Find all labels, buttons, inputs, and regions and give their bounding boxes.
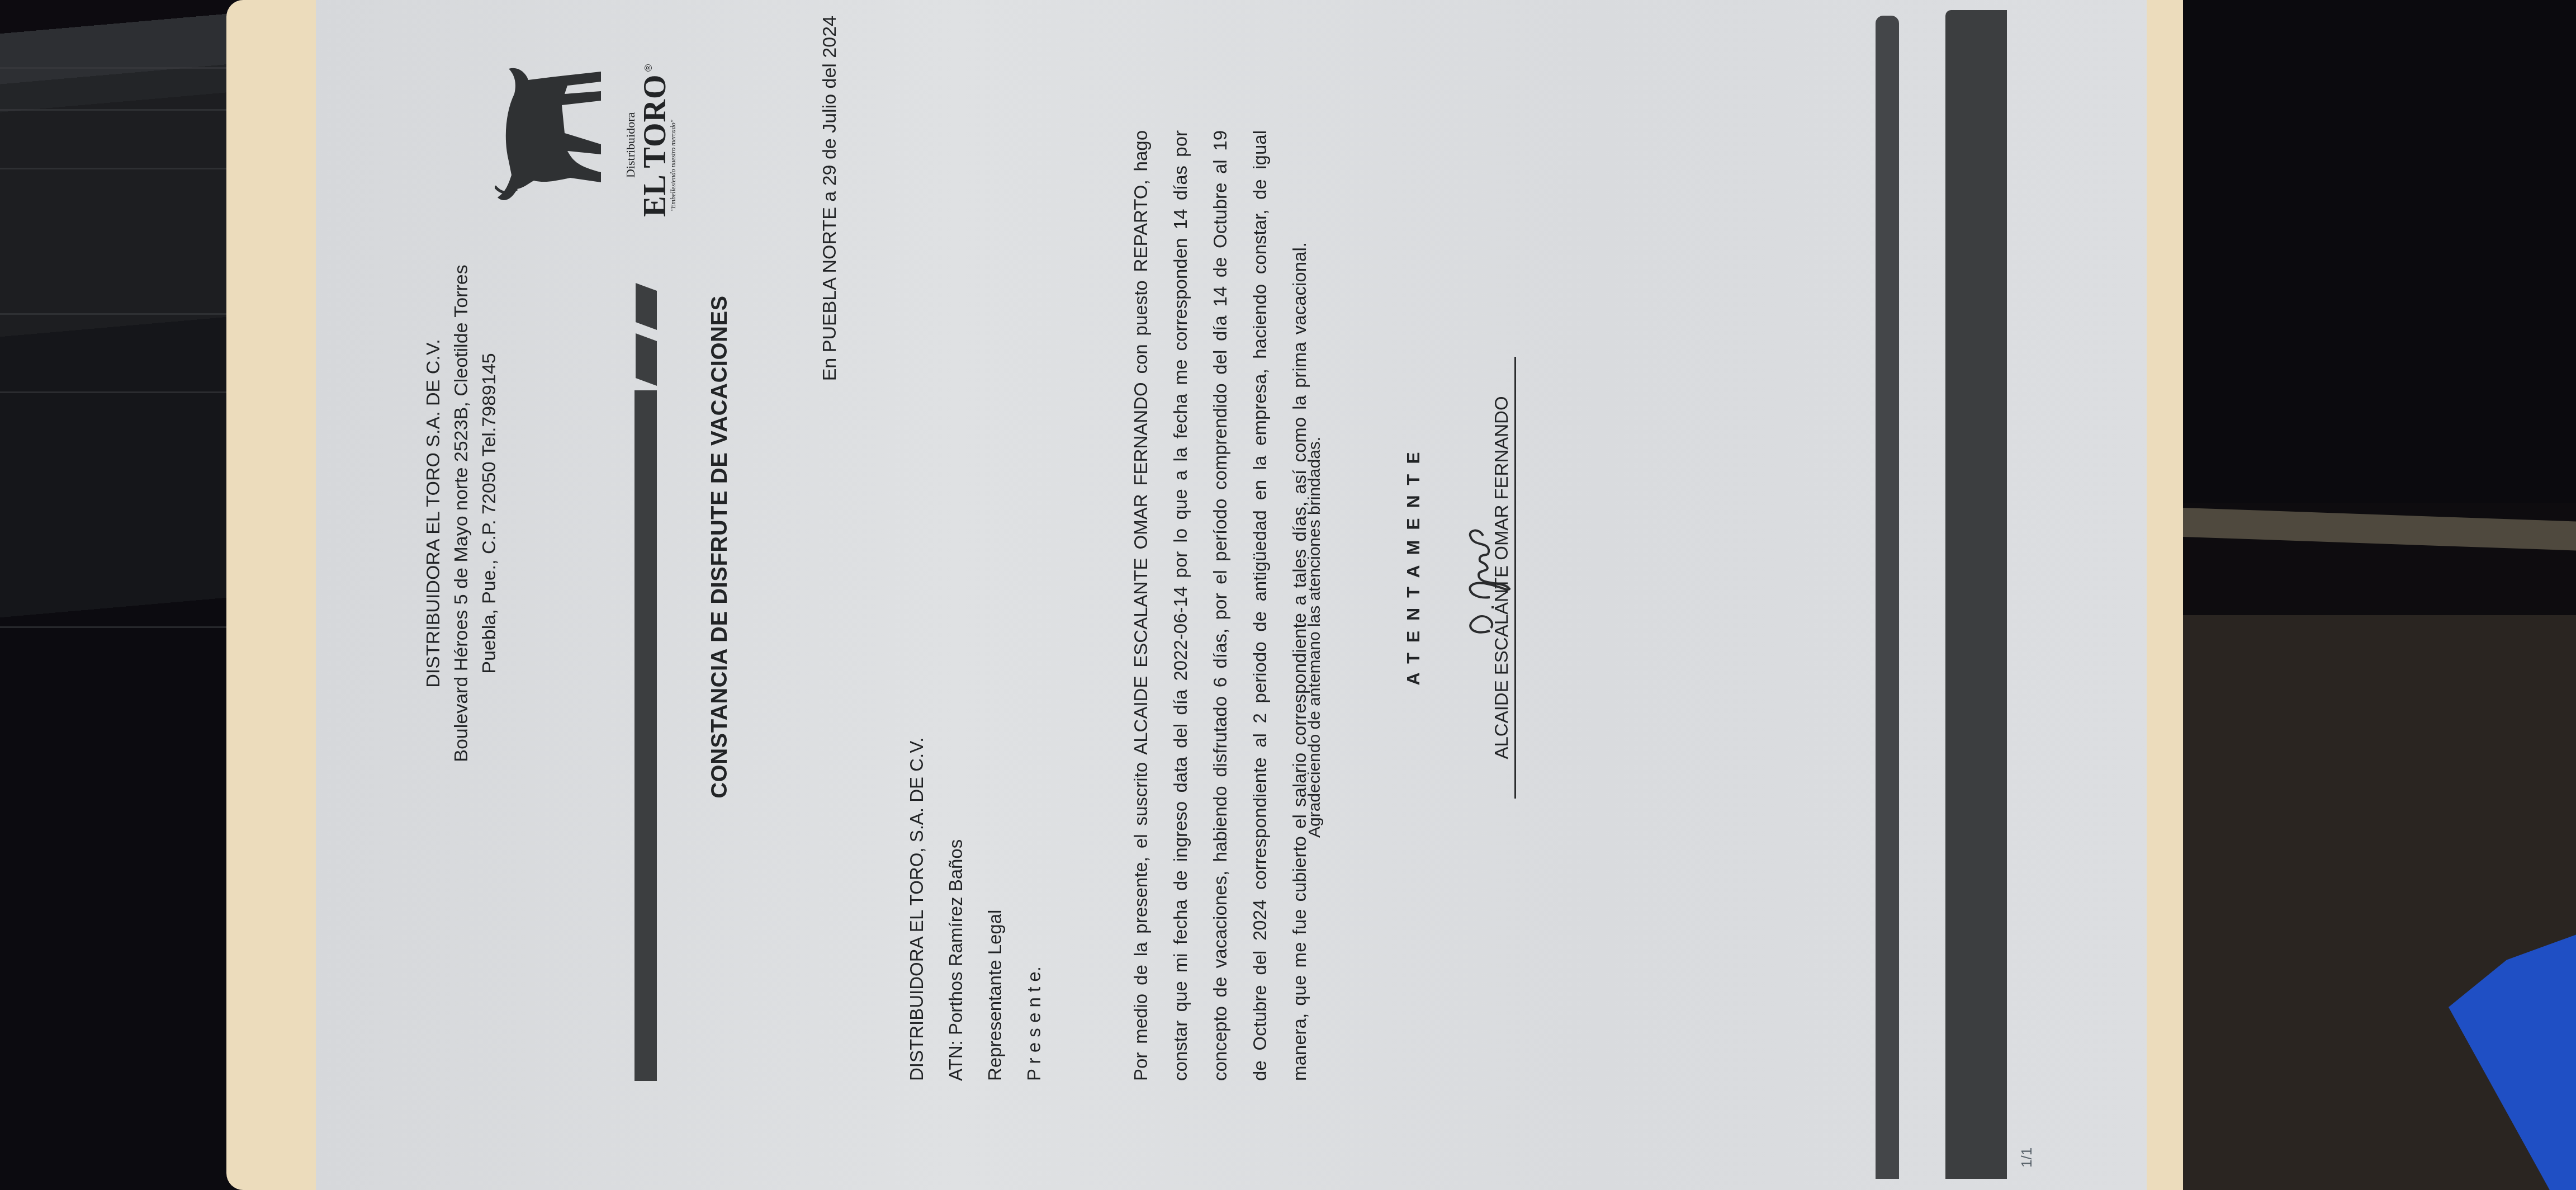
tire-groove <box>0 168 235 169</box>
company-address: Boulevard Héroes 5 de Mayo norte 2523B, … <box>447 262 475 765</box>
addressee-role: Representante Legal <box>976 738 1015 1081</box>
tire-groove <box>0 391 235 393</box>
bull-icon <box>495 60 618 206</box>
closing: ATENTAMENTE <box>1403 368 1424 759</box>
letter-body: Por medio de la presente, el suscrito AL… <box>1121 130 1319 1081</box>
greeting: P r e s e n t e. <box>1015 738 1054 1081</box>
logo-small-text: Distribuidora <box>623 112 638 178</box>
tire-groove <box>0 109 235 111</box>
logo-brand: EL TORO <box>637 74 673 218</box>
document-title: CONSTANCIA DE DISFRUTE DE VACACIONES <box>707 183 732 910</box>
registered-mark: ® <box>643 64 655 72</box>
company-name: DISTRIBUIDORA EL TORO S.A. DE C.V. <box>419 262 447 765</box>
signer-name: ALCAIDE ESCALANTE OMAR FERNANDO <box>1491 357 1516 799</box>
tire-background <box>0 0 235 1190</box>
addressee-block: DISTRIBUIDORA EL TORO, S.A. DE C.V. ATN:… <box>897 738 1054 1081</box>
addressee-attn: ATN: Porthos Ramírez Baños <box>936 738 976 1081</box>
decorative-bar <box>634 390 657 1081</box>
decorative-bar <box>1876 16 1899 1179</box>
decorative-bar <box>1945 10 2007 1179</box>
tire-groove <box>0 313 235 315</box>
page-number: 1/1 <box>2018 1147 2035 1168</box>
company-city: Puebla, Pue., C.P. 72050 Tel.7989145 <box>475 262 503 765</box>
decorative-bar <box>636 283 657 330</box>
thanks-line: Agradeciendo de antemano las atenciones … <box>1305 0 1324 838</box>
tire-groove <box>0 67 235 69</box>
vacation-letter: Distribuidora EL TORO ® "Embellesiendo n… <box>316 0 2147 1190</box>
tire-groove <box>0 626 235 628</box>
decorative-bar <box>636 333 657 386</box>
logo-tagline: "Embellesiendo nuestro mercado" <box>669 120 678 211</box>
addressee-company: DISTRIBUIDORA EL TORO, S.A. DE C.V. <box>897 738 936 1081</box>
place-date: En PUEBLA NORTE a 29 de Julio del 2024 <box>819 16 841 575</box>
letterhead: DISTRIBUIDORA EL TORO S.A. DE C.V. Boule… <box>419 262 503 765</box>
company-logo: Distribuidora EL TORO ® "Embellesiendo n… <box>495 49 679 217</box>
